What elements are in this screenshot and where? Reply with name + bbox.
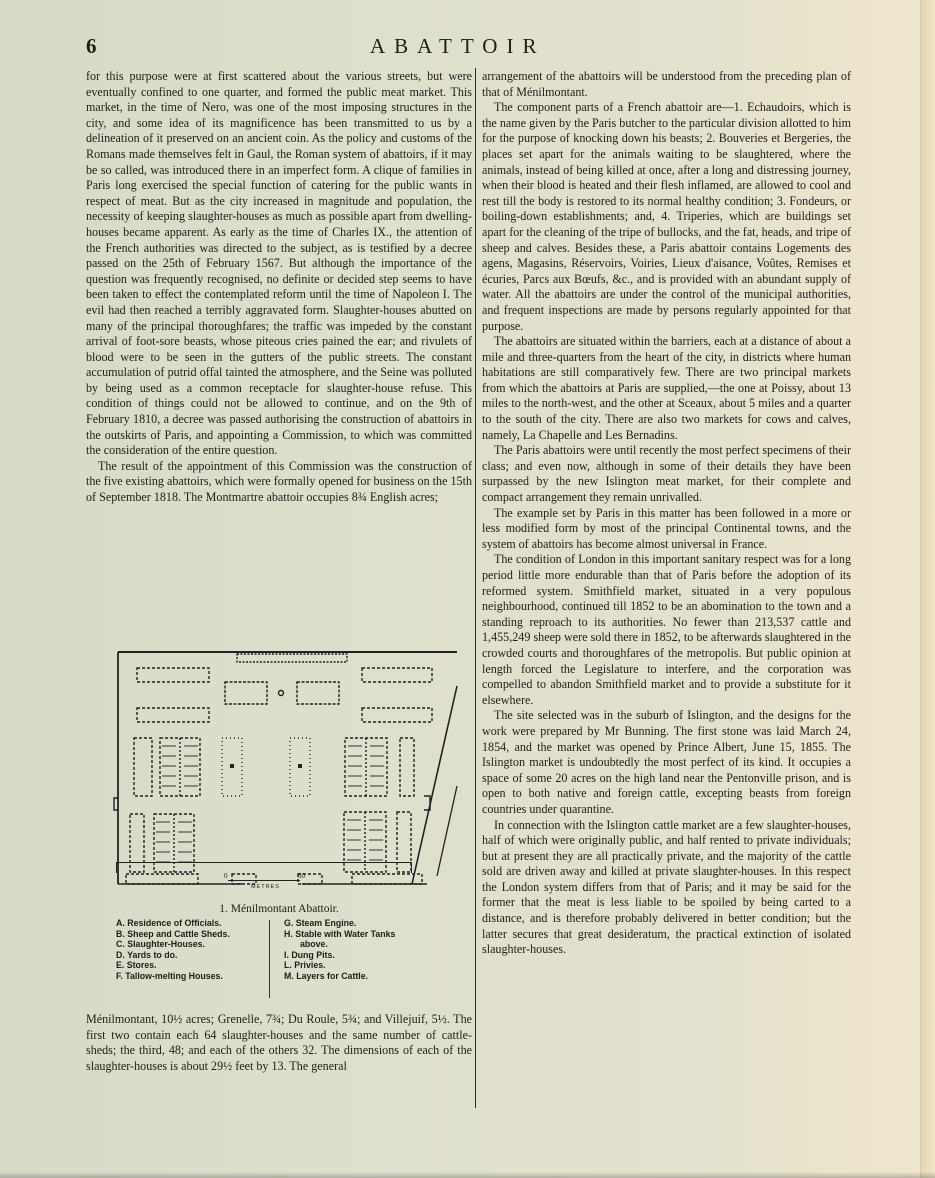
scale-unit-label: METRES [251, 884, 280, 890]
scale-end-label: 50 [298, 872, 305, 880]
legend-item: E. Stores. [116, 960, 276, 971]
paragraph: The example set by Paris in this matter … [482, 506, 851, 553]
legend-item: H. Stable with Water Tanks [284, 929, 444, 940]
page-number: 6 [86, 34, 97, 59]
paragraph: The site selected was in the suburb of I… [482, 708, 851, 817]
legend-item: L. Privies. [284, 960, 444, 971]
paragraph: The component parts of a French abattoir… [482, 100, 851, 334]
scale-segment [228, 880, 300, 881]
book-page: 6 ABATTOIR for this purpose were at firs… [0, 0, 935, 1178]
legend-item: D. Yards to do. [116, 950, 276, 961]
legend-item: above. [284, 939, 444, 950]
scale-start-label: 0 [224, 872, 228, 880]
running-head: ABATTOIR [370, 34, 545, 59]
paragraph: arrangement of the abattoirs will be und… [482, 69, 851, 100]
legend-left-column: A. Residence of Officials. B. Sheep and … [116, 918, 276, 981]
paragraph: In connection with the Islington cattle … [482, 818, 851, 958]
legend-item: B. Sheep and Cattle Sheds. [116, 929, 276, 940]
paragraph: The result of the appointment of this Co… [86, 459, 472, 506]
left-column-continuation: Ménilmontant, 10½ acres; Grenelle, 7¾; D… [86, 1012, 472, 1074]
paragraph: The abattoirs are situated within the ba… [482, 334, 851, 443]
figure-caption: 1. Ménilmontant Abattoir. [86, 903, 472, 915]
column-divider [475, 68, 476, 1108]
legend-divider [269, 920, 270, 998]
paragraph: Ménilmontant, 10½ acres; Grenelle, 7¾; D… [86, 1012, 472, 1074]
right-column: arrangement of the abattoirs will be und… [482, 69, 851, 958]
legend-item: I. Dung Pits. [284, 950, 444, 961]
paragraph: for this purpose were at first scattered… [86, 69, 472, 459]
legend-item: G. Steam Engine. [284, 918, 444, 929]
scale-outline [116, 862, 412, 873]
scale-bar: 0 50 METRES [116, 862, 412, 873]
legend-right-column: G. Steam Engine. H. Stable with Water Ta… [284, 918, 444, 981]
page-edge [920, 0, 935, 1178]
legend-item: C. Slaughter-Houses. [116, 939, 276, 950]
legend-item: F. Tallow-melting Houses. [116, 971, 276, 982]
left-column: for this purpose were at first scattered… [86, 69, 472, 506]
legend-item: A. Residence of Officials. [116, 918, 276, 929]
paragraph: The condition of London in this importan… [482, 552, 851, 708]
paragraph: The Paris abattoirs were until recently … [482, 443, 851, 505]
page-bottom-edge [0, 1172, 935, 1178]
legend-item: M. Layers for Cattle. [284, 971, 444, 982]
